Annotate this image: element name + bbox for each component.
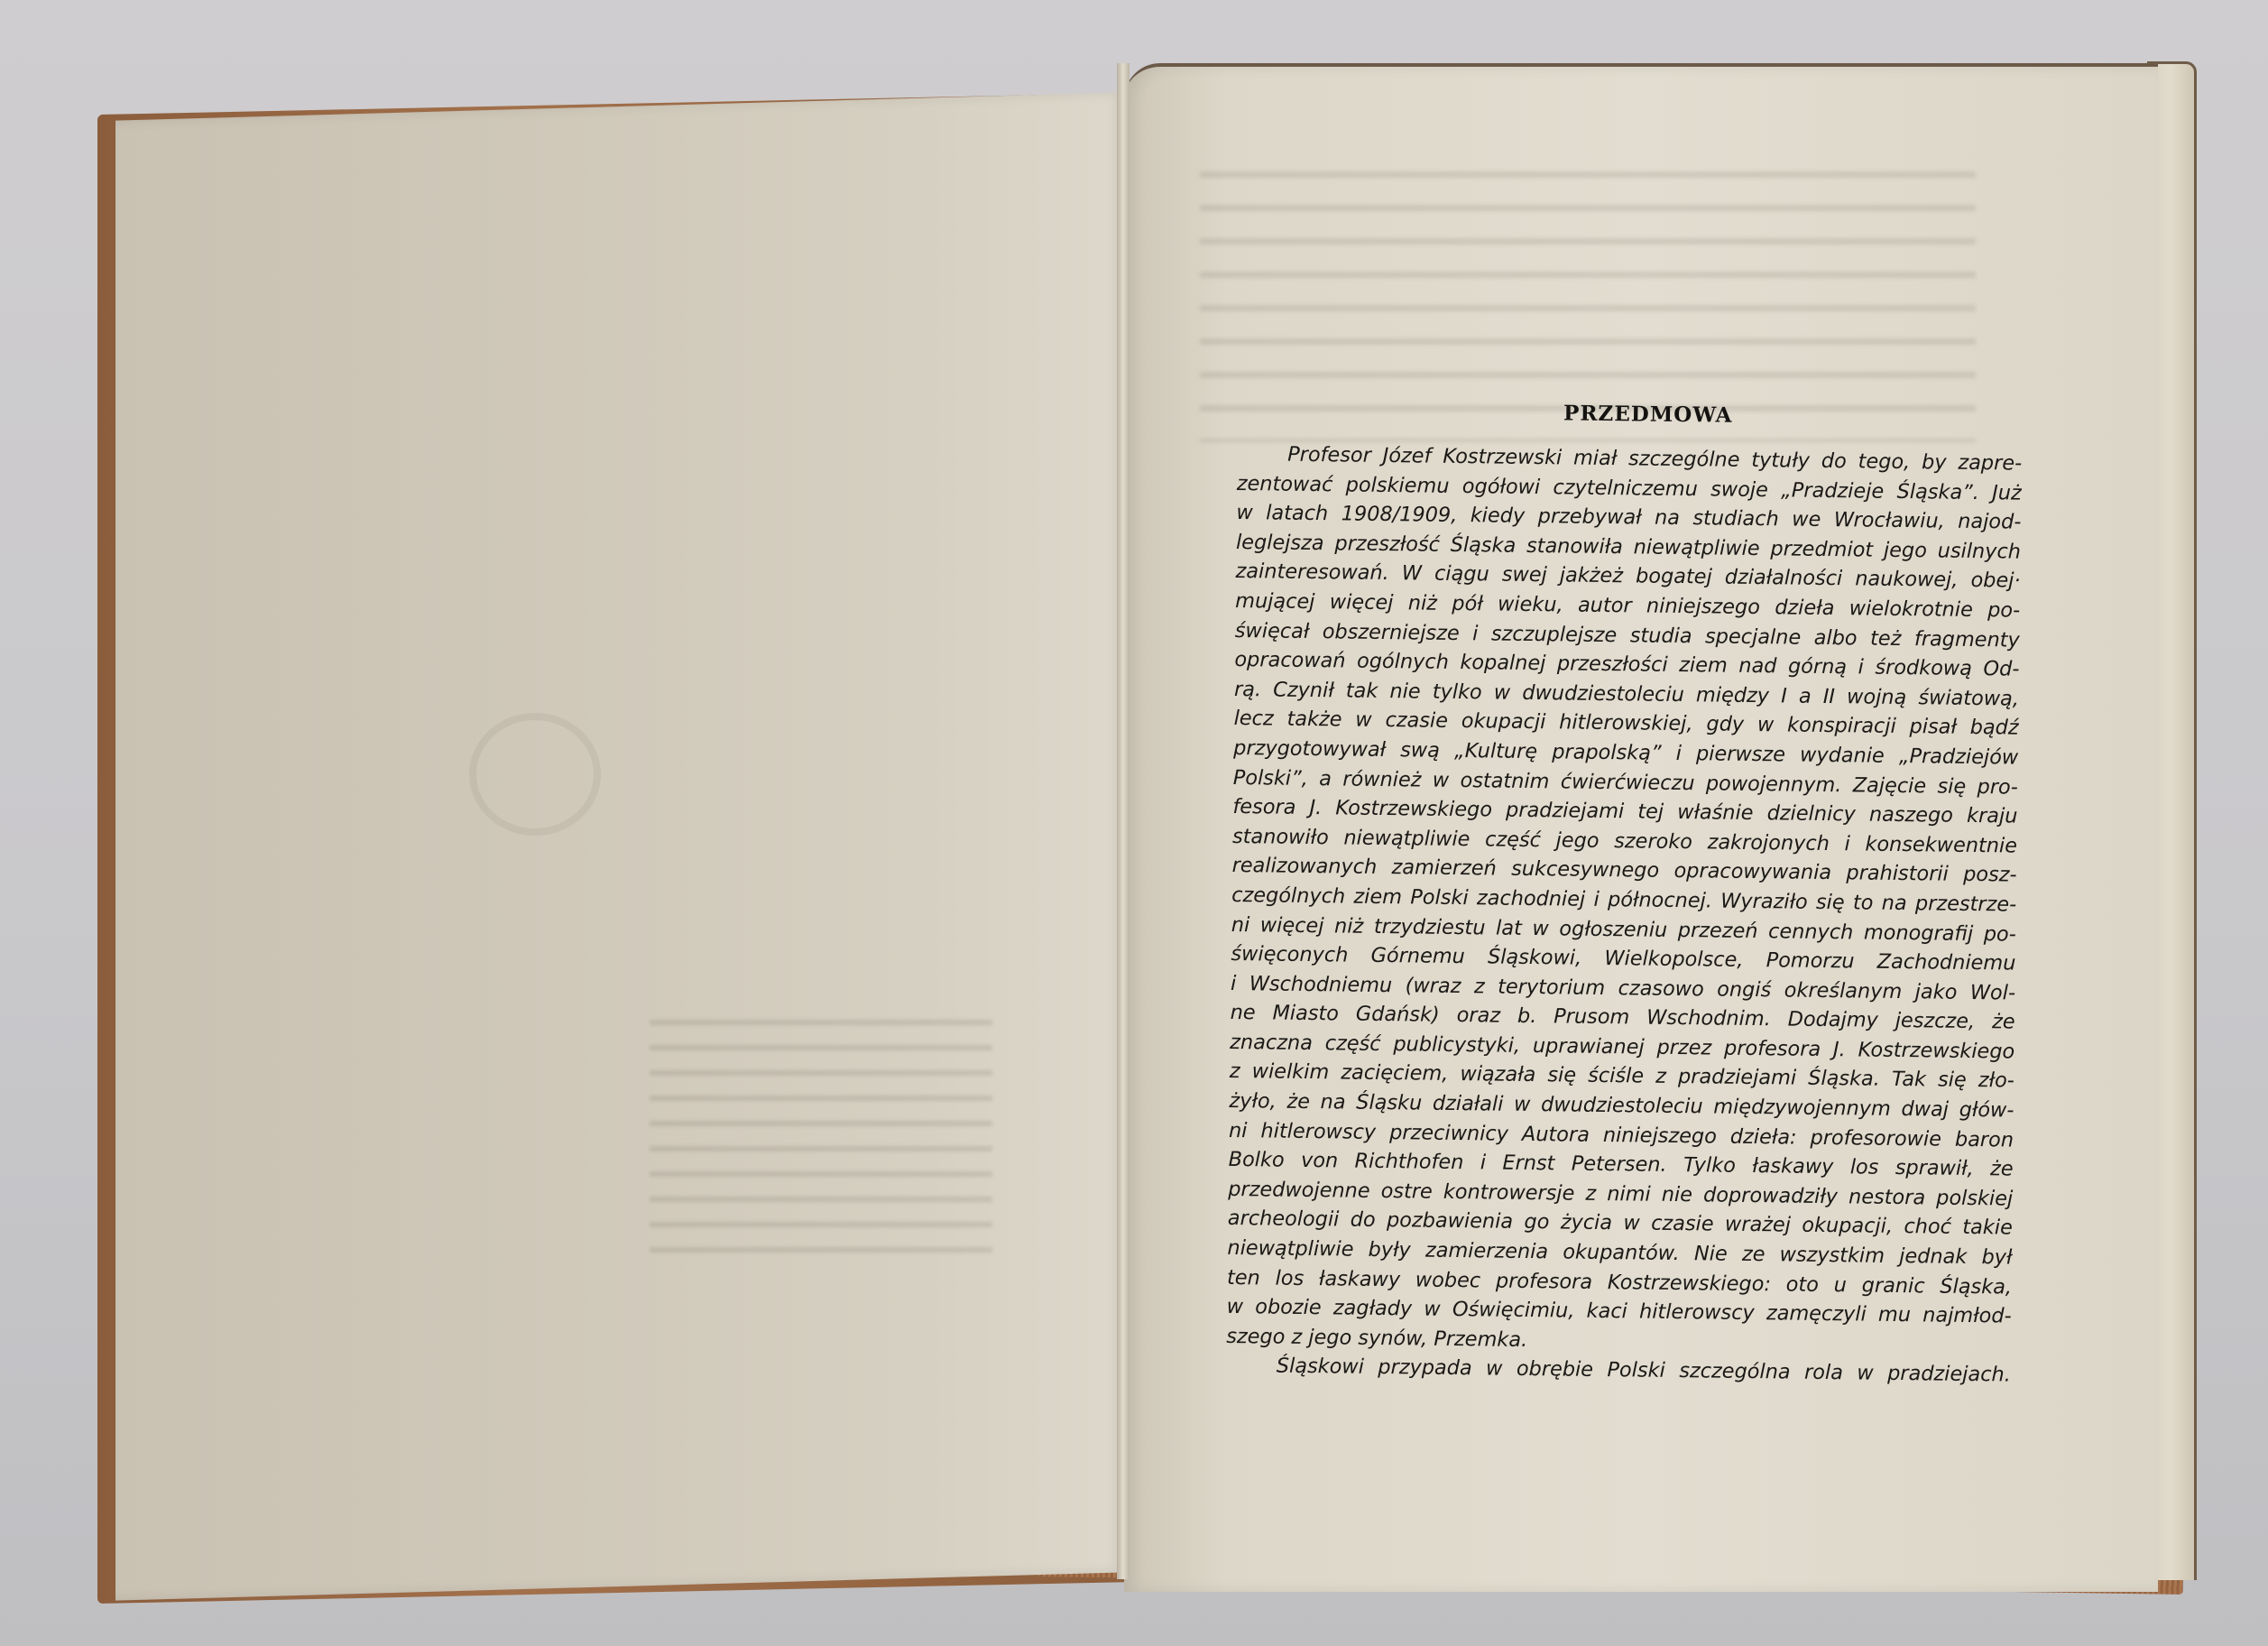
- paragraph-1: Profesor Józef Kostrzewski miał szczegól…: [1226, 439, 2022, 1361]
- show-through-stamp: [469, 713, 601, 836]
- open-book: PRZEDMOWA Profesor Józef Kostrzewski mia…: [0, 0, 2268, 1646]
- book-gutter: [1117, 63, 1129, 1579]
- left-page: [115, 92, 1124, 1600]
- page-content: PRZEDMOWA Profesor Józef Kostrzewski mia…: [1226, 397, 2023, 1391]
- show-through-text-left: [650, 1020, 992, 1254]
